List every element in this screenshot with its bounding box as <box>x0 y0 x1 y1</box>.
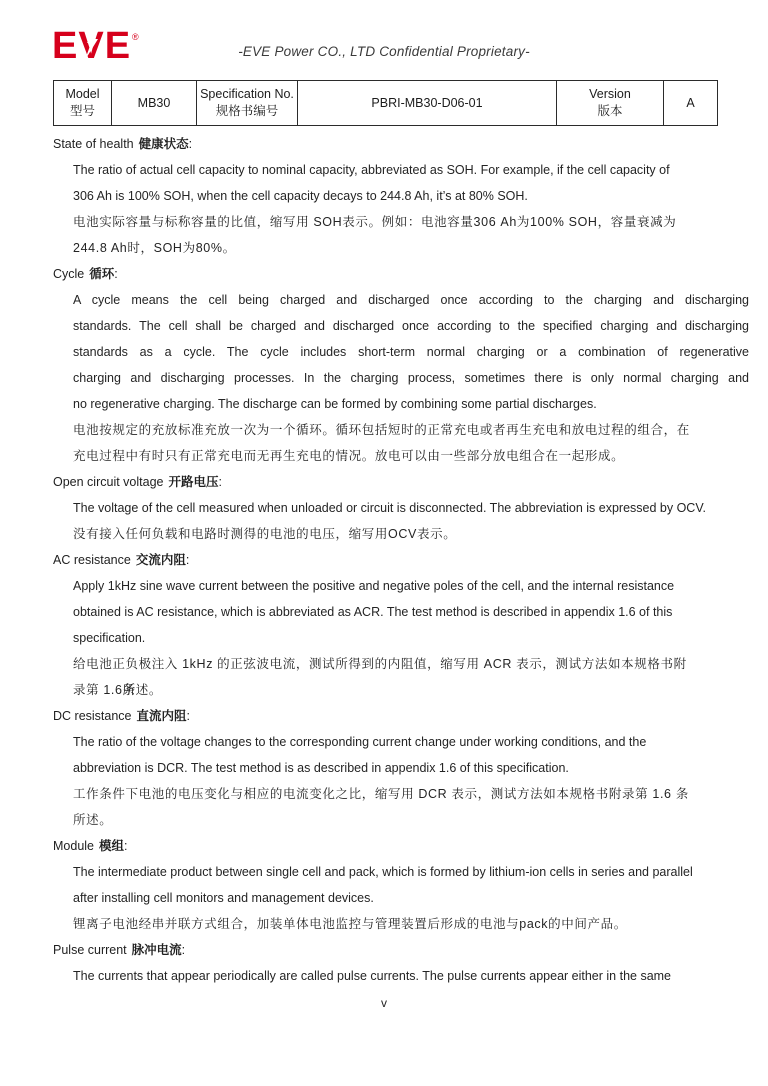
page-footer: v <box>0 996 768 1010</box>
definition-term-zh: 模组 <box>99 839 124 853</box>
definition-line: standards as a cycle. The cycle includes… <box>73 339 749 365</box>
definition-term: State of health健康状态: <box>53 131 749 157</box>
definition-term-en: Open circuit voltage <box>53 475 163 489</box>
definitions-list: State of health健康状态:The ratio of actual … <box>53 131 749 989</box>
definition-line: The ratio of the voltage changes to the … <box>73 729 749 755</box>
definition-term: Cycle循环: <box>53 261 749 287</box>
definition-line: The currents that appear periodically ar… <box>73 963 749 989</box>
definition-term: Open circuit voltage开路电压: <box>53 469 749 495</box>
definition-term-en: Pulse current <box>53 943 127 957</box>
spec-info-row: Model 型号 MB30 Specification No. 规格书编号 PB… <box>54 81 718 126</box>
definition-line: The voltage of the cell measured when un… <box>73 495 749 521</box>
overlap-suffix: 述。 <box>136 683 162 697</box>
version-label-en: Version <box>559 86 661 103</box>
overlap-under: 所 <box>123 683 136 697</box>
definition-body: The ratio of actual cell capacity to nom… <box>53 157 749 261</box>
definition-line: The ratio of actual cell capacity to nom… <box>73 157 749 183</box>
document-header: EVE® -EVE Power CO., LTD Confidential Pr… <box>0 0 768 80</box>
definition-term-zh: 循环 <box>89 267 114 281</box>
definition-term: Pulse current脉冲电流: <box>53 937 749 963</box>
version-label-cell: Version 版本 <box>557 81 664 126</box>
definition-line: 给电池正负极注入 1kHz 的正弦波电流，测试所得到的内阻值，缩写用 ACR 表… <box>73 651 749 677</box>
spec-no-label-zh: 规格书编号 <box>199 103 295 120</box>
definition-term-colon: : <box>114 267 117 281</box>
definition-line: charging and discharging processes. In t… <box>73 365 749 391</box>
version-value-cell: A <box>664 81 718 126</box>
definition-line: 充电过程中有时只有正常充电而无再生充电的情况。放电可以由一些部分放电组合在一起形… <box>73 443 749 469</box>
definition-line: 录第 1.6条所述。 <box>73 677 749 703</box>
definition-term: Module模组: <box>53 833 749 859</box>
definition-line: 锂离子电池经串并联方式组合，加装单体电池监控与管理装置后形成的电池与pack的中… <box>73 911 749 937</box>
document-page: EVE® -EVE Power CO., LTD Confidential Pr… <box>0 0 768 1086</box>
definition-line: The intermediate product between single … <box>73 859 749 885</box>
definition-term-colon: : <box>219 475 222 489</box>
definition-section: DC resistance直流内阻:The ratio of the volta… <box>53 703 749 833</box>
definition-term-colon: : <box>124 839 127 853</box>
spec-no-value-cell: PBRI-MB30-D06-01 <box>298 81 557 126</box>
definition-line: 所述。 <box>73 807 749 833</box>
model-label-en: Model <box>56 86 109 103</box>
definition-term-zh: 健康状态 <box>139 137 189 151</box>
definition-term-en: State of health <box>53 137 134 151</box>
definition-line: after installing cell monitors and manag… <box>73 885 749 911</box>
definition-term: AC resistance交流内阻: <box>53 547 749 573</box>
definition-line: 电池按规定的充放标准充放一次为一个循环。循环包括短时的正常充电或者再生充电和放电… <box>73 417 749 443</box>
definition-line: 没有接入任何负载和电路时测得的电池的电压，缩写用OCV表示。 <box>73 521 749 547</box>
definition-term-colon: : <box>187 709 190 723</box>
definition-term-zh: 开路电压 <box>168 475 218 489</box>
definition-line: no regenerative charging. The discharge … <box>73 391 749 417</box>
definition-term-colon: : <box>189 137 192 151</box>
model-label-cell: Model 型号 <box>54 81 112 126</box>
definition-body: The ratio of the voltage changes to the … <box>53 729 749 833</box>
definition-term-en: AC resistance <box>53 553 131 567</box>
definition-term-zh: 交流内阻 <box>136 553 186 567</box>
model-value-cell: MB30 <box>112 81 197 126</box>
definition-term-colon: : <box>182 943 185 957</box>
definition-body: Apply 1kHz sine wave current between the… <box>53 573 749 703</box>
definition-section: AC resistance交流内阻:Apply 1kHz sine wave c… <box>53 547 749 703</box>
registered-trademark-icon: ® <box>132 32 139 42</box>
definition-term-colon: : <box>186 553 189 567</box>
definition-section: Open circuit voltage开路电压:The voltage of … <box>53 469 749 547</box>
definition-body: The intermediate product between single … <box>53 859 749 937</box>
definition-line: abbreviation is DCR. The test method is … <box>73 755 749 781</box>
spec-info-table: Model 型号 MB30 Specification No. 规格书编号 PB… <box>53 80 718 126</box>
spec-no-label-cell: Specification No. 规格书编号 <box>197 81 298 126</box>
definition-line: 电池实际容量与标称容量的比值，缩写用 SOH表示。例如：电池容量306 Ah为1… <box>73 209 749 235</box>
page-number: v <box>381 996 387 1010</box>
model-label-zh: 型号 <box>56 103 109 120</box>
definition-line: A cycle means the cell being charged and… <box>73 287 749 313</box>
definition-term-en: Module <box>53 839 94 853</box>
definition-term-zh: 脉冲电流 <box>132 943 182 957</box>
definition-term-en: DC resistance <box>53 709 132 723</box>
definition-line: obtained is AC resistance, which is abbr… <box>73 599 749 625</box>
overlap-prefix: 录第 <box>73 683 103 697</box>
spec-no-label-en: Specification No. <box>199 86 295 103</box>
definition-body: The voltage of the cell measured when un… <box>53 495 749 547</box>
definition-line: specification. <box>73 625 749 651</box>
definition-term-zh: 直流内阻 <box>137 709 187 723</box>
definition-line: 工作条件下电池的电压变化与相应的电流变化之比，缩写用 DCR 表示，测试方法如本… <box>73 781 749 807</box>
definition-body: The currents that appear periodically ar… <box>53 963 749 989</box>
definition-term-en: Cycle <box>53 267 84 281</box>
definition-term: DC resistance直流内阻: <box>53 703 749 729</box>
definition-line: 244.8 Ah时，SOH为80%。 <box>73 235 749 261</box>
definition-line: standards. The cell shall be charged and… <box>73 313 749 339</box>
definition-section: Module模组:The intermediate product betwee… <box>53 833 749 937</box>
definition-line: 306 Ah is 100% SOH, when the cell capaci… <box>73 183 749 209</box>
definition-section: Cycle循环:A cycle means the cell being cha… <box>53 261 749 469</box>
version-label-zh: 版本 <box>559 103 661 120</box>
definition-body: A cycle means the cell being charged and… <box>53 287 749 469</box>
definition-section: Pulse current脉冲电流:The currents that appe… <box>53 937 749 989</box>
definition-line: Apply 1kHz sine wave current between the… <box>73 573 749 599</box>
definition-section: State of health健康状态:The ratio of actual … <box>53 131 749 261</box>
confidential-note: -EVE Power CO., LTD Confidential Proprie… <box>0 44 768 59</box>
